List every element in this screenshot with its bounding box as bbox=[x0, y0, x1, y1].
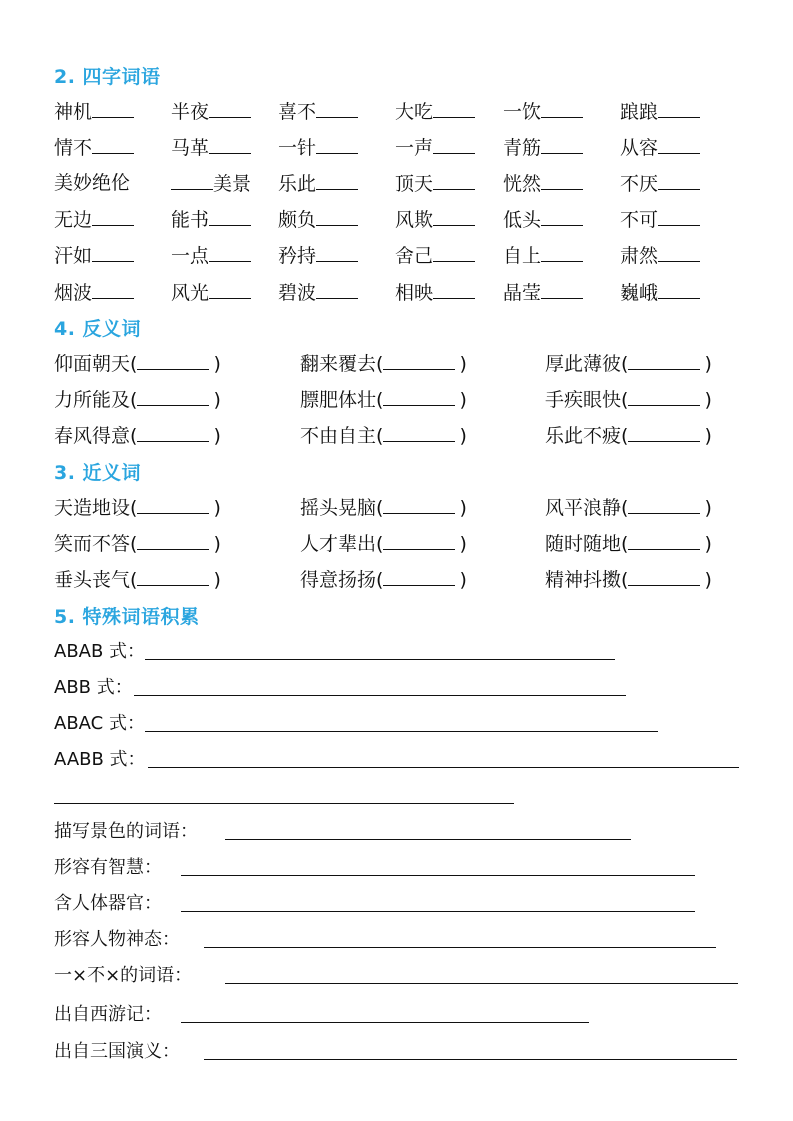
open-paren: ( bbox=[130, 353, 137, 375]
fill-blank[interactable] bbox=[541, 207, 583, 226]
prompt-text: 大吃 bbox=[395, 101, 433, 123]
fill-blank[interactable] bbox=[541, 135, 583, 154]
synonyms-item: 天造地设() bbox=[54, 495, 221, 520]
fill-blank[interactable] bbox=[541, 243, 583, 262]
answer-line-expression[interactable] bbox=[204, 947, 716, 948]
label-abab: ABAB 式： bbox=[54, 640, 145, 664]
close-paren: ) bbox=[704, 425, 711, 447]
prompt-text: 乐此 bbox=[278, 173, 316, 195]
close-paren: ) bbox=[213, 425, 220, 447]
open-paren: ( bbox=[130, 569, 137, 591]
prompt-text: 恍然 bbox=[503, 173, 541, 195]
answer-blank[interactable] bbox=[383, 495, 455, 514]
close-paren: ) bbox=[704, 569, 711, 591]
section-title-antonyms: 4. 反义词 bbox=[54, 314, 141, 341]
idiom-text: 随时随地 bbox=[545, 533, 621, 555]
fill-blank[interactable] bbox=[433, 135, 475, 154]
label-wisdom: 形容有智慧： bbox=[54, 856, 162, 880]
synonyms-item: 得意扬扬() bbox=[300, 567, 467, 592]
prompt-text: 从容 bbox=[620, 137, 658, 159]
open-paren: ( bbox=[130, 425, 137, 447]
prompt-text: 颇负 bbox=[278, 209, 316, 231]
antonyms-item: 仰面朝天() bbox=[54, 351, 221, 376]
prompt-text: 肃然 bbox=[620, 245, 658, 267]
four-char-item: 自上 bbox=[503, 243, 583, 268]
open-paren: ( bbox=[376, 533, 383, 555]
close-paren: ) bbox=[213, 533, 220, 555]
fill-blank[interactable] bbox=[658, 135, 700, 154]
four-char-item: 青筋 bbox=[503, 135, 583, 160]
prompt-text: 能书 bbox=[171, 209, 209, 231]
answer-line-yi-x-bu-x[interactable] bbox=[225, 983, 738, 984]
fill-blank[interactable] bbox=[316, 280, 358, 299]
four-char-item: 一点 bbox=[171, 243, 251, 268]
antonyms-item: 乐此不疲() bbox=[545, 423, 712, 448]
close-paren: ) bbox=[213, 569, 220, 591]
idiom-text: 膘肥体壮 bbox=[300, 389, 376, 411]
idiom-text: 笑而不答 bbox=[54, 533, 130, 555]
four-char-item: 肃然 bbox=[620, 243, 700, 268]
open-paren: ( bbox=[376, 353, 383, 375]
prompt-text: 风光 bbox=[171, 282, 209, 304]
answer-blank[interactable] bbox=[383, 351, 455, 370]
close-paren: ) bbox=[459, 497, 466, 519]
four-char-item: 巍峨 bbox=[620, 280, 700, 305]
answer-line-body-organ[interactable] bbox=[181, 911, 695, 912]
open-paren: ( bbox=[621, 497, 628, 519]
idiom-text: 力所能及 bbox=[54, 389, 130, 411]
fill-blank[interactable] bbox=[433, 171, 475, 190]
fill-blank[interactable] bbox=[92, 99, 134, 118]
close-paren: ) bbox=[704, 497, 711, 519]
fill-blank[interactable] bbox=[171, 171, 213, 190]
close-paren: ) bbox=[459, 389, 466, 411]
four-char-item: 汗如 bbox=[54, 243, 134, 268]
fill-blank[interactable] bbox=[433, 243, 475, 262]
answer-blank[interactable] bbox=[137, 387, 209, 406]
four-char-item: 无边 bbox=[54, 207, 134, 232]
fill-blank[interactable] bbox=[541, 280, 583, 299]
synonyms-item: 笑而不答() bbox=[54, 531, 221, 556]
prompt-text: 巍峨 bbox=[620, 282, 658, 304]
answer-blank[interactable] bbox=[383, 387, 455, 406]
idiom-text: 手疾眼快 bbox=[545, 389, 621, 411]
prompt-text: 一针 bbox=[278, 137, 316, 159]
prompt-text: 不厌 bbox=[620, 173, 658, 195]
close-paren: ) bbox=[459, 425, 466, 447]
fill-blank[interactable] bbox=[658, 243, 700, 262]
answer-blank[interactable] bbox=[383, 567, 455, 586]
four-char-item: 一声 bbox=[395, 135, 475, 160]
fill-blank[interactable] bbox=[316, 207, 358, 226]
idiom-text: 人才辈出 bbox=[300, 533, 376, 555]
section-title-synonyms: 3. 近义词 bbox=[54, 458, 141, 485]
four-char-item: 颇负 bbox=[278, 207, 358, 232]
close-paren: ) bbox=[704, 353, 711, 375]
label-body-organ: 含人体器官： bbox=[54, 892, 162, 916]
four-char-item: 一针 bbox=[278, 135, 358, 160]
idiom-text: 仰面朝天 bbox=[54, 353, 130, 375]
fill-blank[interactable] bbox=[658, 171, 700, 190]
idiom-text: 天造地设 bbox=[54, 497, 130, 519]
answer-line-abb[interactable] bbox=[134, 695, 626, 696]
four-char-item: 喜不 bbox=[278, 99, 358, 124]
four-char-item: 恍然 bbox=[503, 171, 583, 196]
prompt-text: 汗如 bbox=[54, 245, 92, 267]
synonyms-item: 摇头晃脑() bbox=[300, 495, 467, 520]
synonyms-item: 人才辈出() bbox=[300, 531, 467, 556]
four-char-item: 能书 bbox=[171, 207, 251, 232]
idiom-text: 乐此不疲 bbox=[545, 425, 621, 447]
antonyms-item: 手疾眼快() bbox=[545, 387, 712, 412]
four-char-item: 相映 bbox=[395, 280, 475, 305]
fill-blank[interactable] bbox=[209, 280, 251, 299]
close-paren: ) bbox=[213, 353, 220, 375]
antonyms-item: 春风得意() bbox=[54, 423, 221, 448]
idiom-text: 得意扬扬 bbox=[300, 569, 376, 591]
idiom-text: 不由自主 bbox=[300, 425, 376, 447]
prompt-text: 马革 bbox=[171, 137, 209, 159]
fill-blank[interactable] bbox=[92, 243, 134, 262]
close-paren: ) bbox=[459, 353, 466, 375]
four-char-item: 矜持 bbox=[278, 243, 358, 268]
prompt-text: 踉踉 bbox=[620, 101, 658, 123]
answer-blank[interactable] bbox=[628, 351, 700, 370]
answer-line-abac[interactable] bbox=[145, 731, 658, 732]
prompt-text: 自上 bbox=[503, 245, 541, 267]
fill-blank[interactable] bbox=[541, 99, 583, 118]
answer-blank[interactable] bbox=[628, 567, 700, 586]
prompt-text: 低头 bbox=[503, 209, 541, 231]
idiom-text: 摇头晃脑 bbox=[300, 497, 376, 519]
answer-line-aabb-continued[interactable] bbox=[54, 803, 514, 804]
prompt-text: 烟波 bbox=[54, 282, 92, 304]
four-char-item: 不厌 bbox=[620, 171, 700, 196]
open-paren: ( bbox=[376, 425, 383, 447]
label-expression: 形容人物神态： bbox=[54, 928, 180, 952]
fill-blank[interactable] bbox=[433, 99, 475, 118]
open-paren: ( bbox=[621, 353, 628, 375]
fill-blank[interactable] bbox=[658, 280, 700, 299]
fill-blank[interactable] bbox=[209, 135, 251, 154]
four-char-item: 顶天 bbox=[395, 171, 475, 196]
prompt-text: 喜不 bbox=[278, 101, 316, 123]
close-paren: ) bbox=[704, 533, 711, 555]
four-char-item: 风光 bbox=[171, 280, 251, 305]
prompt-text: 美景 bbox=[213, 173, 251, 195]
four-char-item: 马革 bbox=[171, 135, 251, 160]
answer-blank[interactable] bbox=[137, 495, 209, 514]
four-char-item: 情不 bbox=[54, 135, 134, 160]
open-paren: ( bbox=[621, 533, 628, 555]
prompt-text: 碧波 bbox=[278, 282, 316, 304]
fill-blank[interactable] bbox=[92, 280, 134, 299]
idiom-text: 春风得意 bbox=[54, 425, 130, 447]
four-char-item: 晶莹 bbox=[503, 280, 583, 305]
antonyms-item: 不由自主() bbox=[300, 423, 467, 448]
synonyms-item: 垂头丧气() bbox=[54, 567, 221, 592]
fill-blank[interactable] bbox=[316, 171, 358, 190]
four-char-item: 从容 bbox=[620, 135, 700, 160]
idiom-text: 垂头丧气 bbox=[54, 569, 130, 591]
answer-blank[interactable] bbox=[383, 531, 455, 550]
fill-blank[interactable] bbox=[541, 171, 583, 190]
label-abac: ABAC 式： bbox=[54, 712, 145, 736]
four-char-item: 神机 bbox=[54, 99, 134, 124]
section-title-special: 5. 特殊词语积累 bbox=[54, 602, 200, 629]
prompt-text: 晶莹 bbox=[503, 282, 541, 304]
prompt-text: 美妙绝伦 bbox=[54, 172, 130, 194]
prompt-text: 矜持 bbox=[278, 245, 316, 267]
close-paren: ) bbox=[213, 389, 220, 411]
fill-blank[interactable] bbox=[658, 207, 700, 226]
fill-blank[interactable] bbox=[209, 99, 251, 118]
prompt-text: 神机 bbox=[54, 101, 92, 123]
fill-blank[interactable] bbox=[316, 135, 358, 154]
fill-blank[interactable] bbox=[92, 207, 134, 226]
open-paren: ( bbox=[376, 497, 383, 519]
answer-blank[interactable] bbox=[137, 423, 209, 442]
answer-blank[interactable] bbox=[137, 567, 209, 586]
four-char-item: 半夜 bbox=[171, 99, 251, 124]
antonyms-item: 膘肥体壮() bbox=[300, 387, 467, 412]
close-paren: ) bbox=[213, 497, 220, 519]
prompt-text: 风欺 bbox=[395, 209, 433, 231]
answer-line-scenery[interactable] bbox=[225, 839, 631, 840]
four-char-item: 碧波 bbox=[278, 280, 358, 305]
open-paren: ( bbox=[130, 497, 137, 519]
open-paren: ( bbox=[621, 389, 628, 411]
fill-blank[interactable] bbox=[658, 99, 700, 118]
four-char-item: 踉踉 bbox=[620, 99, 700, 124]
close-paren: ) bbox=[459, 569, 466, 591]
prompt-text: 一声 bbox=[395, 137, 433, 159]
section-title-four-char: 2. 四字词语 bbox=[54, 62, 161, 89]
four-char-item: 烟波 bbox=[54, 280, 134, 305]
answer-line-wisdom[interactable] bbox=[181, 875, 695, 876]
open-paren: ( bbox=[376, 569, 383, 591]
answer-blank[interactable] bbox=[628, 423, 700, 442]
antonyms-item: 力所能及() bbox=[54, 387, 221, 412]
four-char-item: 大吃 bbox=[395, 99, 475, 124]
four-char-item: 不可 bbox=[620, 207, 700, 232]
prompt-text: 一点 bbox=[171, 245, 209, 267]
answer-blank[interactable] bbox=[137, 351, 209, 370]
open-paren: ( bbox=[130, 533, 137, 555]
answer-blank[interactable] bbox=[628, 495, 700, 514]
idiom-text: 精神抖擞 bbox=[545, 569, 621, 591]
answer-line-aabb[interactable] bbox=[148, 767, 739, 768]
prompt-text: 青筋 bbox=[503, 137, 541, 159]
synonyms-item: 随时随地() bbox=[545, 531, 712, 556]
answer-line-abab[interactable] bbox=[145, 659, 615, 660]
answer-blank[interactable] bbox=[628, 387, 700, 406]
prompt-text: 一饮 bbox=[503, 101, 541, 123]
four-char-item: 风欺 bbox=[395, 207, 475, 232]
label-aabb: AABB 式： bbox=[54, 748, 146, 772]
answer-line-three-kingdoms[interactable] bbox=[204, 1059, 737, 1060]
idiom-text: 翻来覆去 bbox=[300, 353, 376, 375]
prompt-text: 相映 bbox=[395, 282, 433, 304]
four-char-item: 美妙绝伦 bbox=[54, 171, 130, 195]
answer-blank[interactable] bbox=[628, 531, 700, 550]
label-scenery: 描写景色的词语： bbox=[54, 820, 198, 844]
label-three-kingdoms: 出自三国演义： bbox=[54, 1040, 180, 1064]
fill-blank[interactable] bbox=[92, 135, 134, 154]
prompt-text: 不可 bbox=[620, 209, 658, 231]
open-paren: ( bbox=[376, 389, 383, 411]
four-char-item: 低头 bbox=[503, 207, 583, 232]
answer-line-journey-west[interactable] bbox=[181, 1022, 589, 1023]
label-journey-west: 出自西游记： bbox=[54, 1003, 162, 1027]
answer-blank[interactable] bbox=[137, 531, 209, 550]
four-char-item: 乐此 bbox=[278, 171, 358, 196]
idiom-text: 风平浪静 bbox=[545, 497, 621, 519]
open-paren: ( bbox=[130, 389, 137, 411]
fill-blank[interactable] bbox=[316, 99, 358, 118]
idiom-text: 厚此薄彼 bbox=[545, 353, 621, 375]
answer-blank[interactable] bbox=[383, 423, 455, 442]
prompt-text: 半夜 bbox=[171, 101, 209, 123]
four-char-item: 美景 bbox=[171, 171, 251, 196]
synonyms-item: 精神抖擞() bbox=[545, 567, 712, 592]
antonyms-item: 厚此薄彼() bbox=[545, 351, 712, 376]
synonyms-item: 风平浪静() bbox=[545, 495, 712, 520]
prompt-text: 无边 bbox=[54, 209, 92, 231]
prompt-text: 顶天 bbox=[395, 173, 433, 195]
fill-blank[interactable] bbox=[316, 243, 358, 262]
label-abb: ABB 式： bbox=[54, 676, 133, 700]
open-paren: ( bbox=[621, 569, 628, 591]
fill-blank[interactable] bbox=[433, 280, 475, 299]
prompt-text: 舍己 bbox=[395, 245, 433, 267]
label-yi-x-bu-x: 一×不×的词语： bbox=[54, 964, 192, 988]
open-paren: ( bbox=[621, 425, 628, 447]
fill-blank[interactable] bbox=[433, 207, 475, 226]
fill-blank[interactable] bbox=[209, 243, 251, 262]
fill-blank[interactable] bbox=[209, 207, 251, 226]
close-paren: ) bbox=[459, 533, 466, 555]
four-char-item: 舍己 bbox=[395, 243, 475, 268]
antonyms-item: 翻来覆去() bbox=[300, 351, 467, 376]
prompt-text: 情不 bbox=[54, 137, 92, 159]
close-paren: ) bbox=[704, 389, 711, 411]
four-char-item: 一饮 bbox=[503, 99, 583, 124]
